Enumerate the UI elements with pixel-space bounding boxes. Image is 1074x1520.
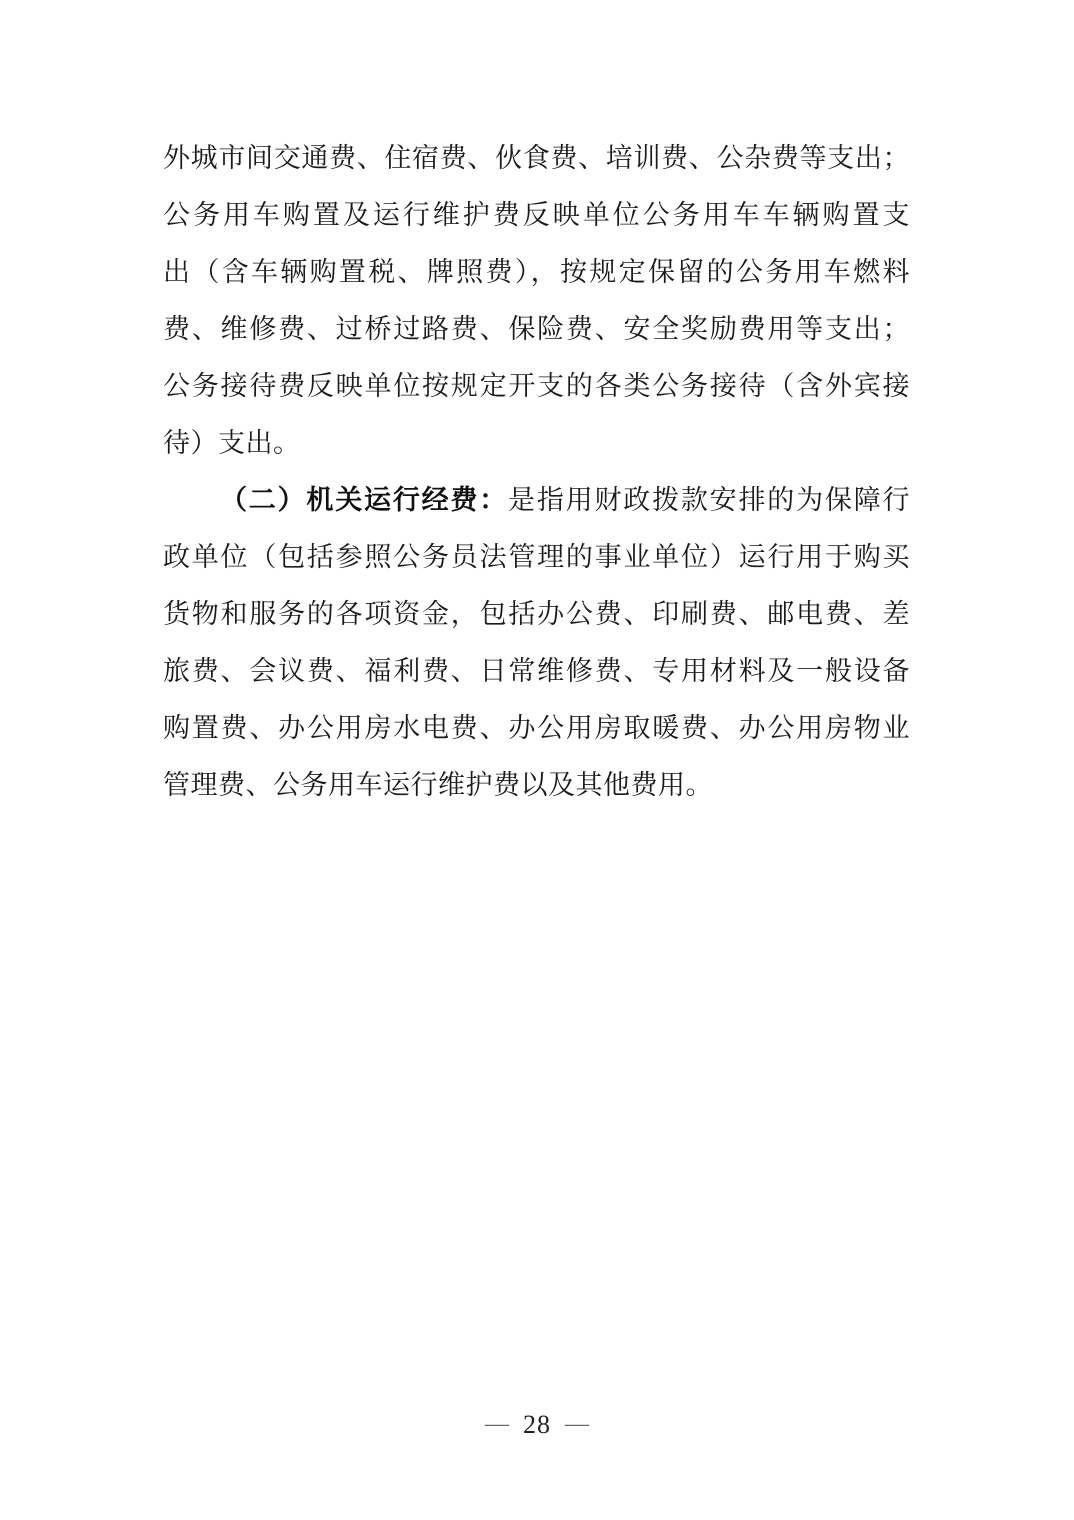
- text-line-text: 旅费、会议费、福利费、日常维修费、专用材料及一般设备: [163, 656, 910, 686]
- text-line: 外城市间交通费、住宿费、伙食费、培训费、公杂费等支出；: [163, 130, 910, 187]
- document-body: 外城市间交通费、住宿费、伙食费、培训费、公杂费等支出； 公务用车购置及运行维护费…: [163, 130, 910, 814]
- text-line: 购置费、办公用房水电费、办公用房取暖费、办公用房物业: [163, 700, 910, 757]
- text-line: 货物和服务的各项资金，包括办公费、印刷费、邮电费、差: [163, 586, 910, 643]
- document-page: 外城市间交通费、住宿费、伙食费、培训费、公杂费等支出； 公务用车购置及运行维护费…: [0, 0, 1074, 1520]
- section-heading: （二）机关运行经费：: [220, 485, 508, 515]
- text-line: 管理费、公务用车运行维护费以及其他费用。: [163, 757, 910, 814]
- page-footer: —28—: [0, 1405, 1074, 1446]
- text-line-text: 管理费、公务用车运行维护费以及其他费用。: [163, 770, 713, 800]
- text-line-text: 公务用车购置及运行维护费反映单位公务用车车辆购置支: [163, 200, 910, 230]
- text-line: 待）支出。: [163, 415, 910, 472]
- text-line-text: 外城市间交通费、住宿费、伙食费、培训费、公杂费等支出；: [163, 143, 910, 173]
- text-line: 公务用车购置及运行维护费反映单位公务用车车辆购置支: [163, 187, 910, 244]
- footer-left-dash: —: [485, 1411, 509, 1437]
- text-line-text: 公务接待费反映单位按规定开支的各类公务接待（含外宾接: [163, 371, 910, 401]
- text-line-text: 购置费、办公用房水电费、办公用房取暖费、办公用房物业: [163, 713, 910, 743]
- text-line-section-heading: （二）机关运行经费：是指用财政拨款安排的为保障行: [163, 472, 910, 529]
- footer-right-dash: —: [565, 1411, 589, 1437]
- text-line-text: 费、维修费、过桥过路费、保险费、安全奖励费用等支出；: [163, 314, 910, 344]
- text-line: 出（含车辆购置税、牌照费），按规定保留的公务用车燃料: [163, 244, 910, 301]
- text-line: 政单位（包括参照公务员法管理的事业单位）运行用于购买: [163, 529, 910, 586]
- text-line: 公务接待费反映单位按规定开支的各类公务接待（含外宾接: [163, 358, 910, 415]
- text-line: 费、维修费、过桥过路费、保险费、安全奖励费用等支出；: [163, 301, 910, 358]
- text-line-text: 出（含车辆购置税、牌照费），按规定保留的公务用车燃料: [163, 257, 910, 287]
- text-line: 旅费、会议费、福利费、日常维修费、专用材料及一般设备: [163, 643, 910, 700]
- text-line-text: 是指用财政拨款安排的为保障行: [508, 485, 910, 515]
- text-line-text: 政单位（包括参照公务员法管理的事业单位）运行用于购买: [163, 542, 910, 572]
- page-number: 28: [523, 1410, 551, 1439]
- text-line-text: 待）支出。: [163, 428, 301, 458]
- text-line-text: 货物和服务的各项资金，包括办公费、印刷费、邮电费、差: [163, 599, 910, 629]
